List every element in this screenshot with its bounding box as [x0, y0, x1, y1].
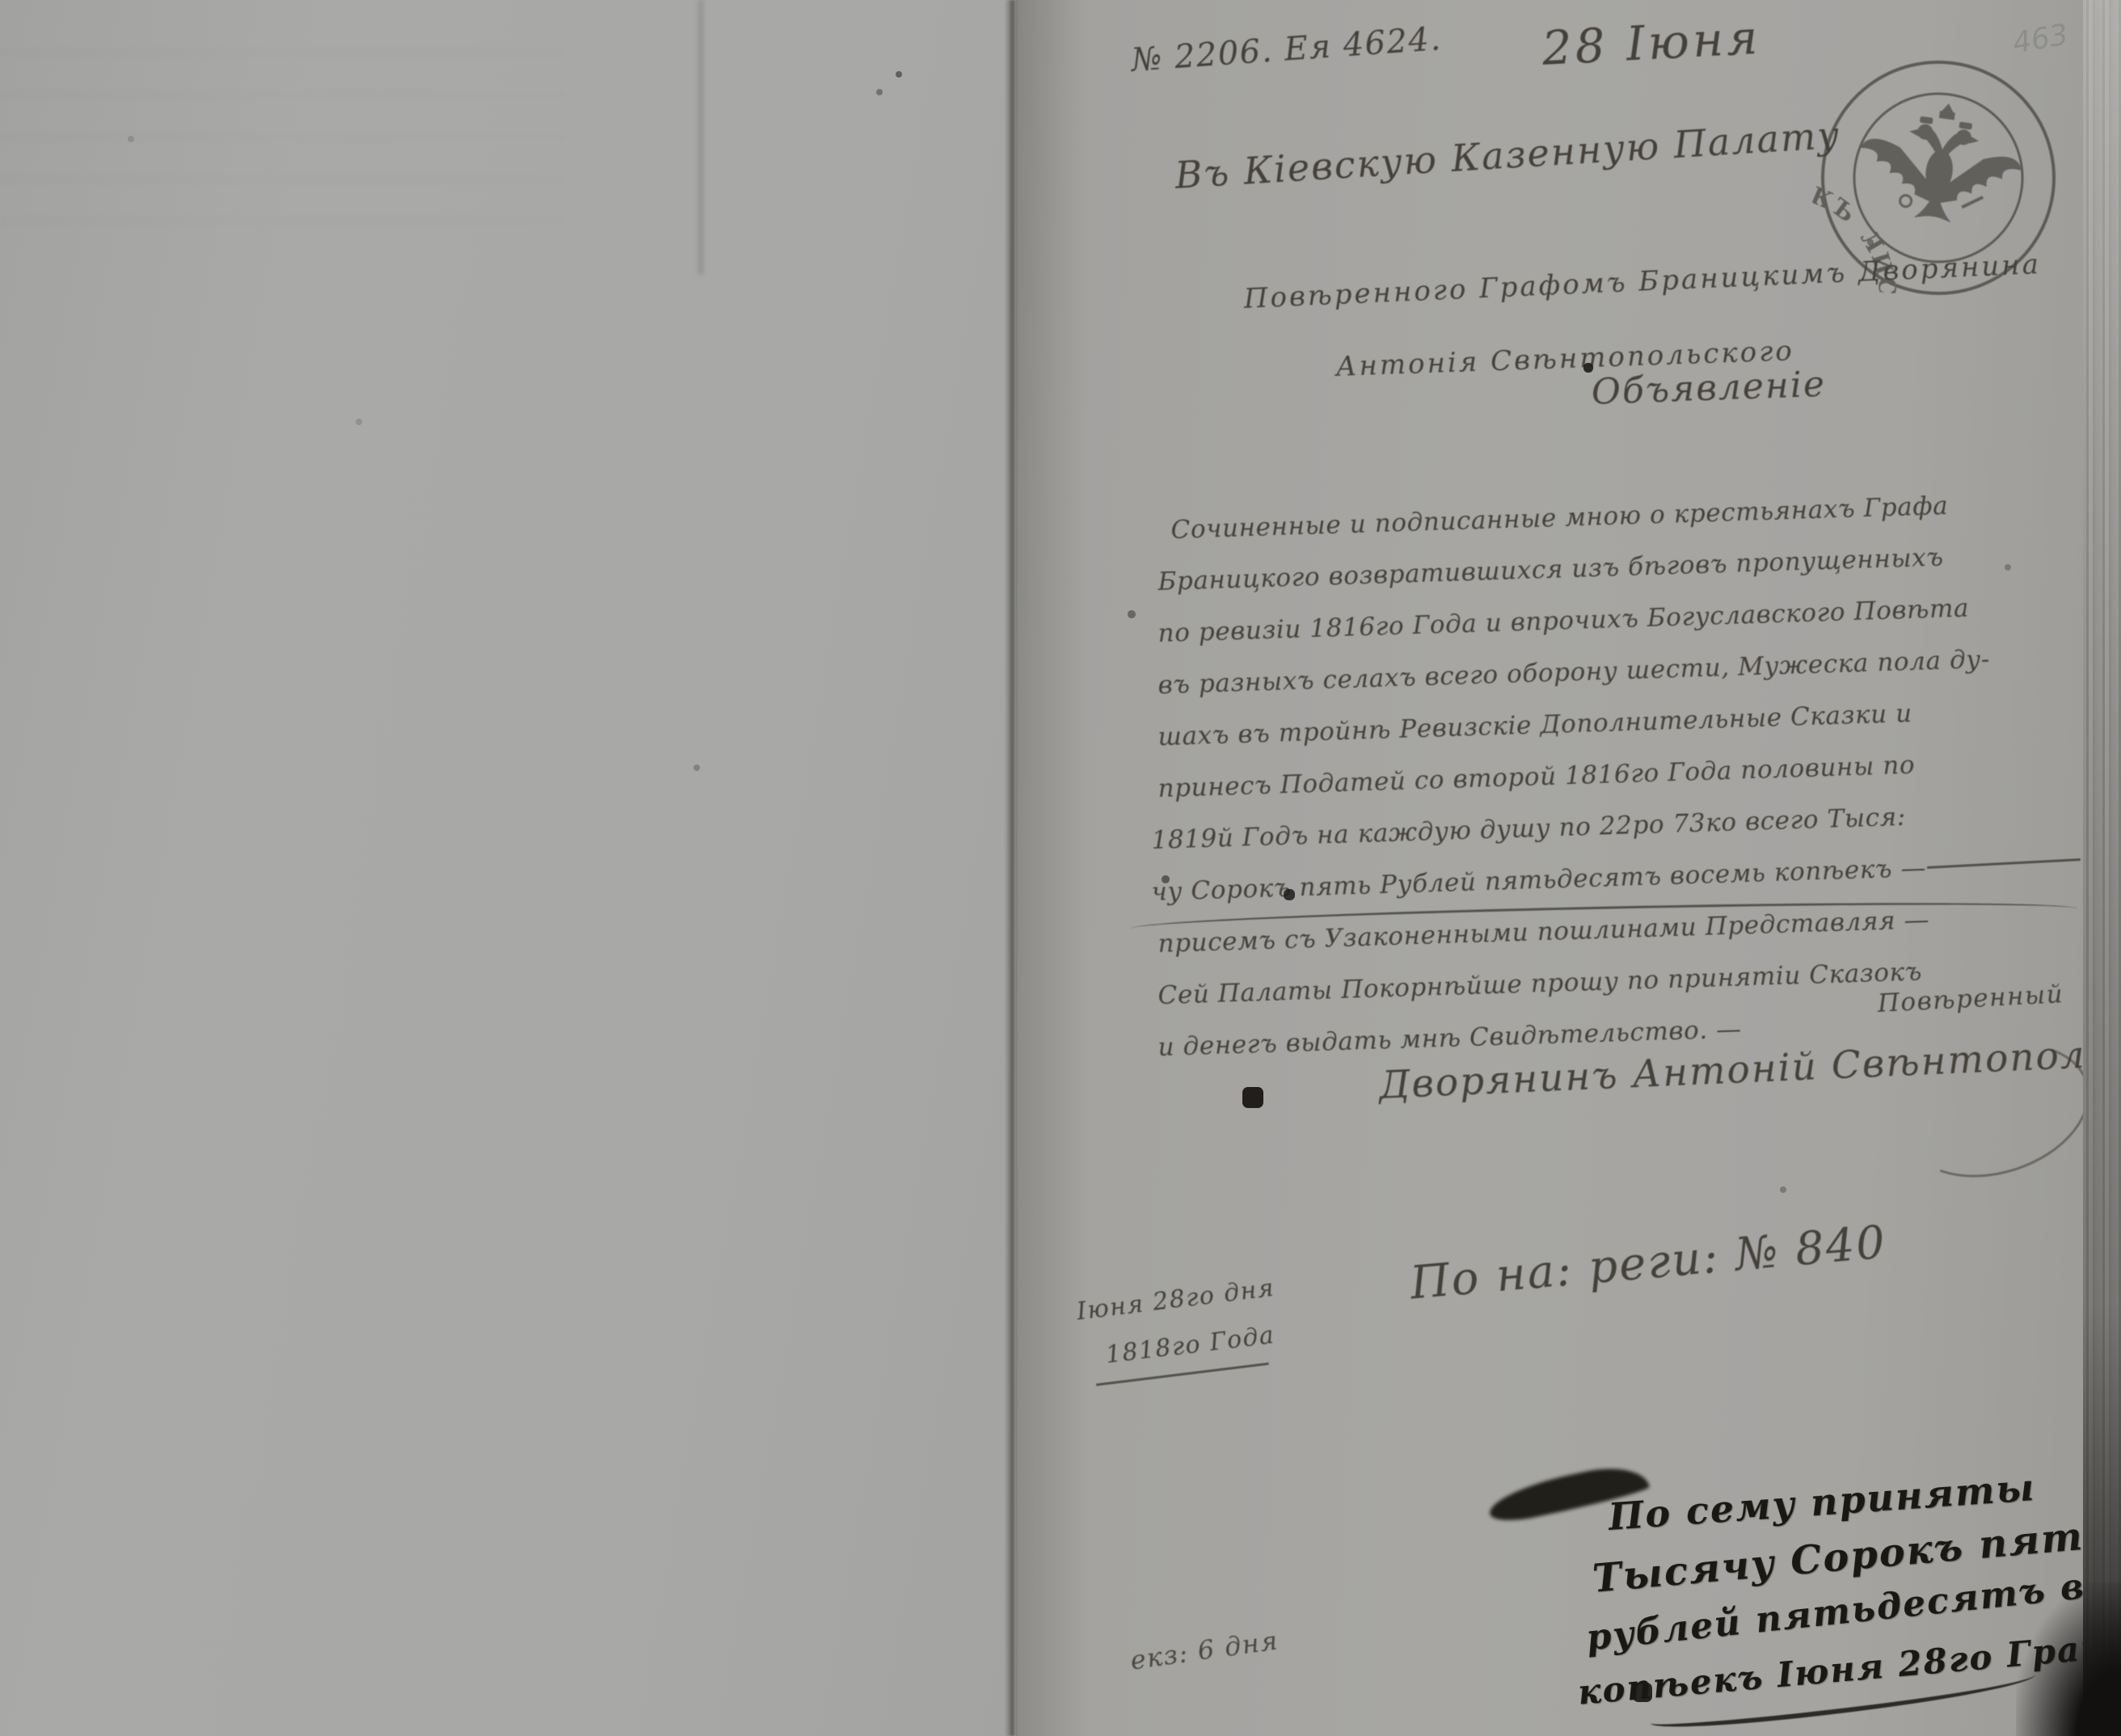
document-title: Объявленіе — [1591, 364, 1827, 413]
bleed-through-lines — [0, 52, 566, 230]
ink-specks — [0, 0, 3, 3]
date-header: 28 Іюня — [1541, 10, 1762, 76]
dark-corner — [2016, 1582, 2121, 1736]
double-headed-eagle-icon — [1853, 93, 2029, 230]
scanned-book-spread: 463 № 2206. Ея 4624. 28 Іюня ЛИСТЪ · 181… — [0, 0, 2121, 1736]
left-blank-page — [0, 0, 1013, 1736]
page-edge-shading — [2083, 0, 2121, 1736]
paper-fold-shadow — [697, 0, 705, 275]
gutter-shading — [1016, 0, 1089, 1736]
